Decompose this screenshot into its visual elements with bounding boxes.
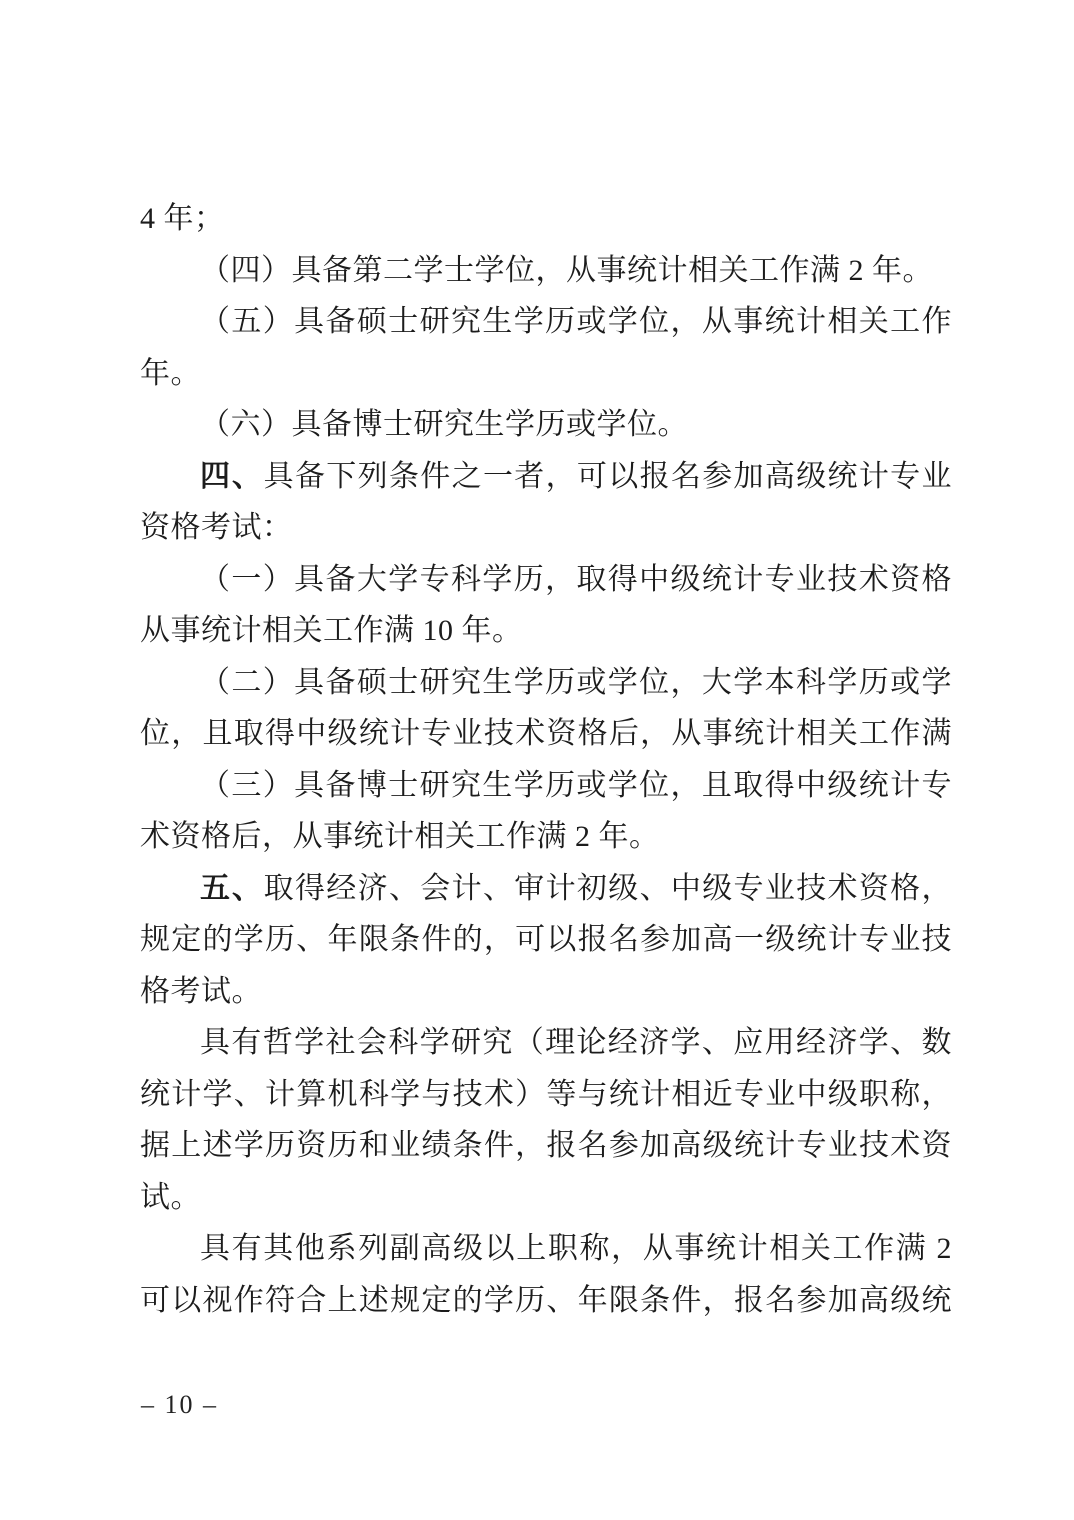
text-line: 具有其他系列副高级以上职称，从事统计相关工作满 2 年，: [140, 1223, 952, 1275]
text-line: 从事统计相关工作满 10 年。: [140, 605, 952, 657]
text-line: 术资格后，从事统计相关工作满 2 年。: [140, 811, 952, 863]
text-line: 具有哲学社会科学研究（理论经济学、应用经济学、数学、: [140, 1017, 952, 1069]
document-page: 4 年；（四）具备第二学士学位，从事统计相关工作满 2 年。（五）具备硕士研究生…: [0, 0, 1074, 1520]
text-line: 五、取得经济、会计、审计初级、中级专业技术资格，符合: [140, 863, 952, 915]
section-number: 五、: [200, 872, 264, 905]
text-line: 可以视作符合上述规定的学历、年限条件，报名参加高级统计专: [140, 1275, 952, 1327]
document-body: 4 年；（四）具备第二学士学位，从事统计相关工作满 2 年。（五）具备硕士研究生…: [140, 193, 952, 1326]
text-line: 四、具备下列条件之一者，可以报名参加高级统计专业技术: [140, 451, 952, 503]
page-number: – 10 –: [141, 1390, 218, 1420]
section-number: 四、: [200, 460, 264, 493]
text-line: （一）具备大学专科学历，取得中级统计专业技术资格后，: [140, 554, 952, 606]
text-line: （二）具备硕士研究生学历或学位，大学本科学历或学士学: [140, 657, 952, 709]
text-line: 位，且取得中级统计专业技术资格后，从事统计相关工作满 5 年。: [140, 708, 952, 760]
text-line: 格考试。: [140, 966, 952, 1018]
text-line: 4 年；: [140, 193, 952, 245]
text-line: （五）具备硕士研究生学历或学位，从事统计相关工作满 1: [140, 296, 952, 348]
text-line: 资格考试：: [140, 502, 952, 554]
text-line: 规定的学历、年限条件的，可以报名参加高一级统计专业技术资: [140, 914, 952, 966]
text-line: （六）具备博士研究生学历或学位。: [140, 399, 952, 451]
text-line: 试。: [140, 1172, 952, 1224]
text-line: 统计学、计算机科学与技术）等与统计相近专业中级职称，可依: [140, 1069, 952, 1121]
text-line: 年。: [140, 348, 952, 400]
text-line: 据上述学历资历和业绩条件，报名参加高级统计专业技术资格考: [140, 1120, 952, 1172]
text-line: （四）具备第二学士学位，从事统计相关工作满 2 年。: [140, 245, 952, 297]
text-line: （三）具备博士研究生学历或学位，且取得中级统计专业技: [140, 760, 952, 812]
